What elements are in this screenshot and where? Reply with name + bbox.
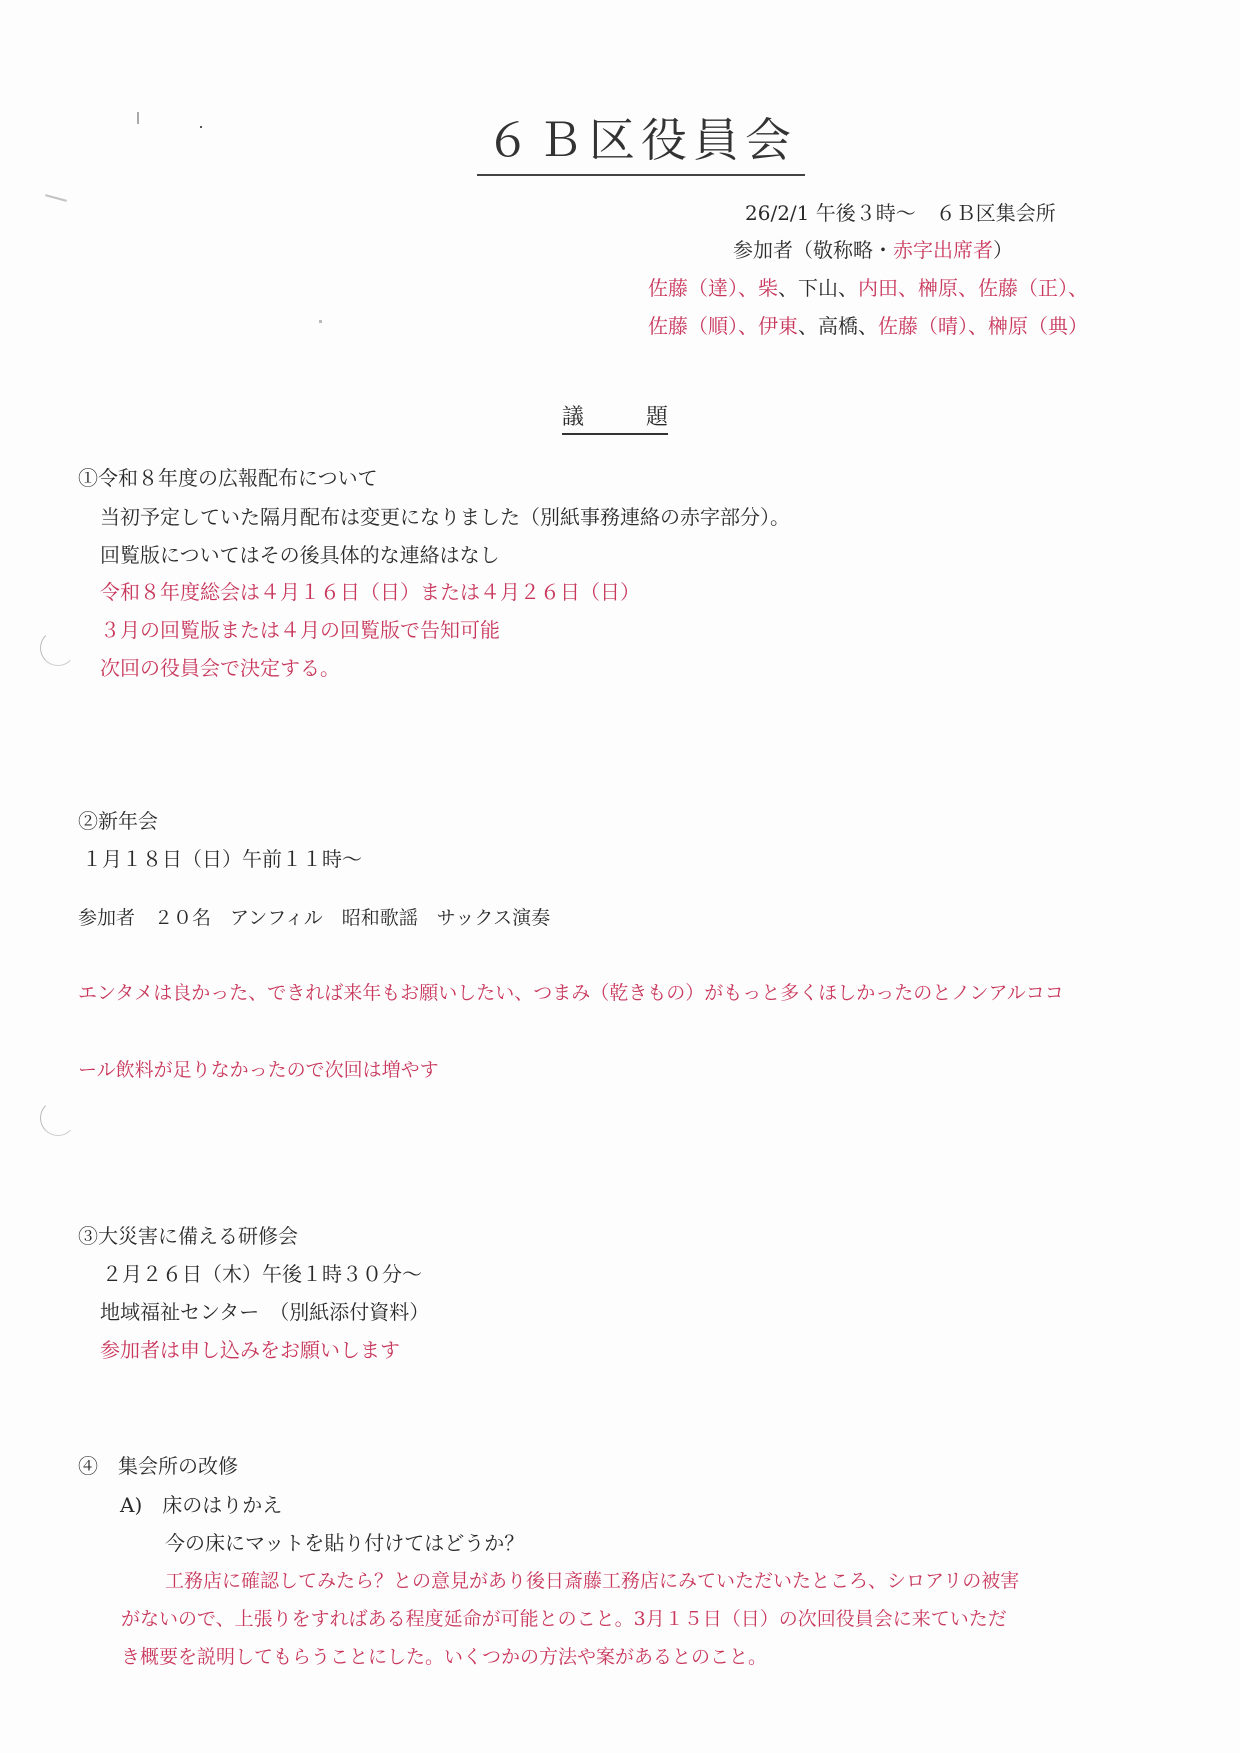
scan-speck [200, 126, 202, 128]
attendee-absent: 、高橋、 [798, 314, 878, 338]
attendee: 佐藤（晴）、榊原（典） [878, 314, 1088, 338]
section-4-heading: ④ 集会所の改修 [78, 1450, 238, 1479]
section-4-line: 今の床にマットを貼り付けてはどうか？ [165, 1527, 524, 1556]
section-2-heading: ②新年会 [78, 805, 158, 834]
agenda-heading-char: 議 [562, 405, 584, 430]
attendees-label-text: 参加者（敬称略・ [733, 238, 893, 262]
scan-speck [137, 112, 139, 124]
section-1-line: ３月の回覧版または４月の回覧版で告知可能 [100, 614, 500, 643]
section-2-line: １月１８日（日）午前１１時～ [82, 843, 362, 872]
punch-hole-mark [40, 630, 76, 666]
attendees-line-2: 佐藤（順）、伊東、高橋、佐藤（晴）、榊原（典） [648, 310, 1088, 339]
section-4-line: き概要を説明してもらうことにした。いくつかの方法や案があるとのこと。 [121, 1642, 767, 1669]
attendee: 内田、榊原、佐藤（正）、 [858, 276, 1088, 300]
punch-hole-mark [40, 1100, 76, 1136]
section-2-line: 参加者 ２０名 アンフィル 昭和歌謡 サックス演奏 [78, 903, 550, 930]
section-3-line: 地域福祉センター （別紙添付資料） [100, 1296, 429, 1325]
separator: 、 [738, 276, 758, 300]
page-title: ６Ｂ区役員会 [477, 104, 805, 176]
attendee: 佐藤（達） [648, 276, 738, 300]
section-2-line: ール飲料が足りなかったので次回は増やす [78, 1055, 439, 1082]
agenda-heading-char: 題 [646, 405, 668, 430]
section-3-line: 参加者は申し込みをお願いします [100, 1334, 400, 1363]
attendees-legend-red: 赤字出席者 [893, 238, 993, 262]
attendee: 佐藤（順）、伊東 [648, 314, 798, 338]
attendee: 柴 [758, 276, 778, 300]
section-4-line: 工務店に確認してみたら？との意見があり後日斎藤工務店にみていただいたところ、シロ… [165, 1566, 1019, 1593]
section-1-line: 次回の役員会で決定する。 [100, 652, 340, 681]
section-1-line: 回覧版についてはその後具体的な連絡はなし [100, 539, 500, 568]
section-2-line: エンタメは良かった、できれば来年もお願いしたい、つまみ（乾きもの）がもっと多くほ… [78, 978, 1064, 1005]
section-3-line: ２月２６日（木）午後１時３０分～ [102, 1258, 422, 1287]
section-1-heading: ①令和８年度の広報配布について [78, 462, 378, 491]
agenda-heading: 議題 [562, 400, 668, 435]
meeting-date-location: 26/2/1 午後３時～ ６Ｂ区集会所 [745, 197, 1056, 226]
section-1-line: 令和８年度総会は４月１６日（日）または４月２６日（日） [100, 576, 640, 605]
section-3-heading: ③大災害に備える研修会 [78, 1220, 298, 1249]
section-4-line: がないので、上張りをすればある程度延命が可能とのこと。3月１５日（日）の次回役員… [121, 1604, 1007, 1631]
section-1-line: 当初予定していた隔月配布は変更になりました（別紙事務連絡の赤字部分）。 [100, 501, 790, 530]
scan-speck [45, 194, 67, 202]
attendees-line-1: 佐藤（達）、柴、下山、内田、榊原、佐藤（正）、 [648, 272, 1088, 301]
attendees-label: 参加者（敬称略・赤字出席者） [733, 234, 1013, 263]
attendees-label-close: ） [993, 238, 1013, 262]
attendee-absent: 、下山、 [778, 276, 858, 300]
scan-speck [319, 320, 322, 323]
scanned-document-page: ６Ｂ区役員会 26/2/1 午後３時～ ６Ｂ区集会所 参加者（敬称略・赤字出席者… [0, 0, 1240, 1753]
section-4-subheading: A) 床のはりかえ [120, 1489, 282, 1518]
